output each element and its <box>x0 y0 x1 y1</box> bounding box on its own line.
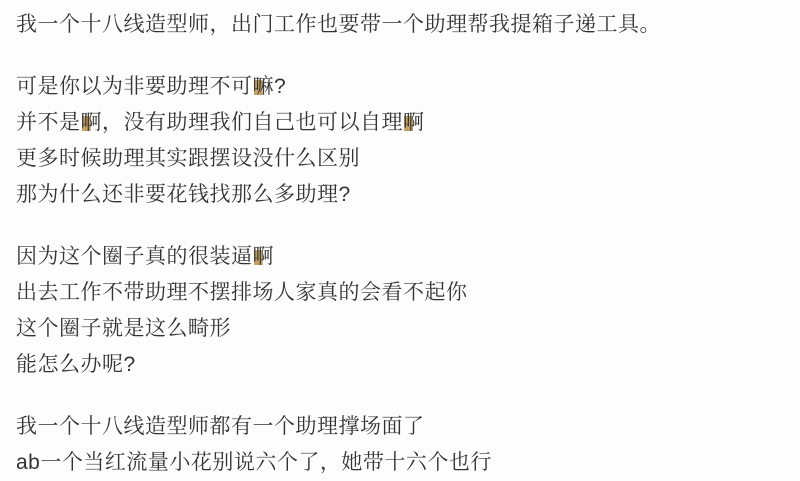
text-line: 这个圈子就是这么畸形 <box>16 311 784 347</box>
text-line: 出去工作不带助理不摆排场人家真的会看不起你 <box>16 275 784 311</box>
text-segment: 我一个十八线造型师，出门工作也要带一个助理帮我提箱子递工具。 <box>16 13 661 36</box>
text-segment: 并不是 <box>16 111 81 134</box>
text-line: 能怎么办呢? <box>16 347 784 383</box>
highlighted-char: 嘛 <box>253 75 275 98</box>
text-segment: 可是你以为非要助理不可 <box>16 75 253 98</box>
text-line: 更多时候助理其实跟摆设没什么区别 <box>16 141 784 177</box>
highlighted-char: 啊 <box>403 111 425 134</box>
text-segment: 那为什么还非要花钱找那么多助理? <box>16 183 351 206</box>
document-content: 我一个十八线造型师，出门工作也要带一个助理帮我提箱子递工具。可是你以为非要助理不… <box>16 7 784 481</box>
text-segment: 我一个十八线造型师都有一个助理撑场面了 <box>16 415 425 438</box>
text-segment: 更多时候助理其实跟摆设没什么区别 <box>16 147 360 170</box>
text-document: 我一个十八线造型师，出门工作也要带一个助理帮我提箱子递工具。可是你以为非要助理不… <box>0 0 800 481</box>
text-line: 我一个十八线造型师，出门工作也要带一个助理帮我提箱子递工具。 <box>16 7 784 43</box>
text-line: 可是你以为非要助理不可嘛? <box>16 69 784 105</box>
text-line: 因为这个圈子真的很装逼啊 <box>16 239 784 275</box>
paragraph: 可是你以为非要助理不可嘛?并不是啊，没有助理我们自己也可以自理啊更多时候助理其实… <box>16 69 784 213</box>
text-segment: 出去工作不带助理不摆排场人家真的会看不起你 <box>16 281 468 304</box>
highlighted-char: 啊 <box>253 245 275 268</box>
text-line: 并不是啊，没有助理我们自己也可以自理啊 <box>16 105 784 141</box>
text-segment: ab一个当红流量小花别说六个了，她带十六个也行 <box>16 451 492 474</box>
text-line: 我一个十八线造型师都有一个助理撑场面了 <box>16 409 784 445</box>
text-segment: ，没有助理我们自己也可以自理 <box>102 111 403 134</box>
paragraph: 因为这个圈子真的很装逼啊出去工作不带助理不摆排场人家真的会看不起你这个圈子就是这… <box>16 239 784 383</box>
paragraph: 我一个十八线造型师，出门工作也要带一个助理帮我提箱子递工具。 <box>16 7 784 43</box>
text-segment: 这个圈子就是这么畸形 <box>16 317 231 340</box>
text-segment: ? <box>274 75 286 98</box>
highlighted-char: 啊 <box>81 111 103 134</box>
text-line: ab一个当红流量小花别说六个了，她带十六个也行 <box>16 445 784 481</box>
paragraph: 我一个十八线造型师都有一个助理撑场面了ab一个当红流量小花别说六个了，她带十六个… <box>16 409 784 481</box>
text-segment: 因为这个圈子真的很装逼 <box>16 245 253 268</box>
text-segment: 能怎么办呢? <box>16 353 136 376</box>
text-line: 那为什么还非要花钱找那么多助理? <box>16 177 784 213</box>
